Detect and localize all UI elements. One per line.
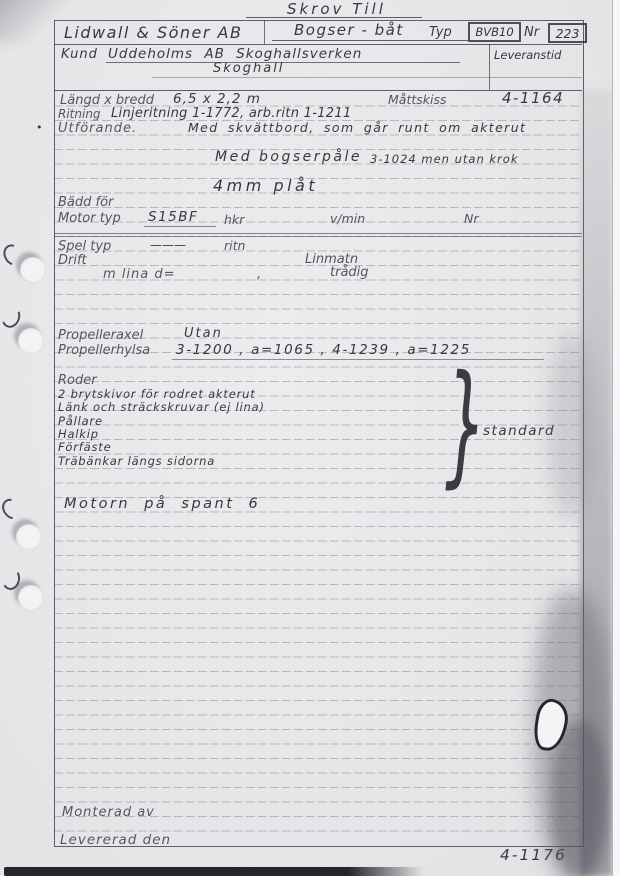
company-name: Lidwall & Söner AB <box>64 24 242 42</box>
section-double-line-top <box>54 233 582 234</box>
equipment-line: Halkip <box>58 428 99 441</box>
smudge-right-band <box>580 90 612 876</box>
form-title: Skrov Till <box>287 1 386 18</box>
nr-label: Nr <box>524 26 539 40</box>
delivery-cell-divider <box>489 44 490 90</box>
standard-brace: } <box>445 373 487 475</box>
customer-label: Kund <box>61 48 98 62</box>
engine-frame-note: Motorn på spant 6 <box>64 497 260 513</box>
prop-sleeve-underline <box>172 359 544 360</box>
punch-hole <box>18 328 44 354</box>
prop-shaft-value: Utan <box>184 327 223 341</box>
nr-value-box: 223 <box>548 23 587 43</box>
line-length-label: m lina d= <box>103 268 176 282</box>
mounted-by-label: Monterad av <box>62 806 155 820</box>
city-underline <box>152 77 582 78</box>
header-row1-divider <box>54 44 582 45</box>
equipment-line: Pållare <box>58 415 103 428</box>
typ-label: Typ <box>429 26 452 40</box>
motor-type-value: S15BF <box>148 210 198 225</box>
motor-nr-label: Nr <box>464 212 479 226</box>
line-comma: , <box>257 268 261 282</box>
execution-note-2: Med bogserpåle <box>215 150 362 165</box>
execution-label: Utförande. <box>58 122 137 136</box>
prop-sleeve-value: 3-1200 , a=1065 , 4-1239 , a=1225 <box>176 343 471 358</box>
scan-edge-bottom-band <box>4 867 424 876</box>
typ-value-box: BVB10 <box>468 22 521 42</box>
equipment-line: Träbänkar längs sidorna <box>58 455 215 468</box>
bed-label: Bädd för <box>58 196 113 210</box>
punch-hole <box>18 585 44 611</box>
delivery-label: Leveranstid <box>494 49 561 62</box>
prop-shaft-label: Propelleraxel <box>58 329 143 343</box>
drive-label: Drift <box>58 254 87 268</box>
pen-scribble <box>0 304 23 331</box>
product-type: Bogser - båt <box>294 22 404 39</box>
measure-sketch-label: Måttskiss <box>388 93 447 107</box>
stranded-label: trådig <box>330 266 369 280</box>
motor-type-label: Motor typ <box>58 212 121 226</box>
execution-note-1: Med skvättbord, som går runt om akterut <box>188 121 526 135</box>
punch-hole <box>20 257 46 283</box>
drawing-label: Ritning <box>58 108 101 121</box>
prop-sleeve-label: Propellerhylsa <box>58 344 150 358</box>
punch-hole <box>16 524 42 550</box>
bullet-mark: • <box>36 122 43 134</box>
ruled-lines <box>54 92 582 845</box>
dimensions-value: 6,5 x 2,2 m <box>173 92 261 107</box>
execution-note-2b: 3-1024 men utan krok <box>370 153 518 166</box>
delivered-label: Levererad den <box>60 833 171 848</box>
scanned-form-page: Skrov Till Lidwall & Söner AB Bogser - b… <box>0 0 620 876</box>
winch-ritn-label: ritn <box>224 239 245 253</box>
equipment-line: Länk och sträckskruvar (ej lina) <box>58 401 265 414</box>
company-cell-divider <box>264 20 265 44</box>
pen-scribble <box>0 495 26 523</box>
section-double-line-bottom <box>54 236 582 237</box>
equipment-line: 2 brytskivor för rodret akterut <box>58 388 256 401</box>
motor-value-underline <box>144 226 216 227</box>
title-underline <box>246 17 422 18</box>
hp-label: hkr <box>224 213 244 227</box>
scan-edge-right <box>612 0 620 876</box>
winch-dash: ——— <box>150 239 186 252</box>
measure-sketch-number: 4-1164 <box>502 90 564 107</box>
pen-scribble <box>0 567 22 592</box>
customer-value: Uddeholms AB Skoghallsverken <box>108 47 362 62</box>
customer-city: Skoghall <box>213 62 284 76</box>
standard-note: standard <box>483 424 555 439</box>
equipment-line: Förfäste <box>58 441 111 454</box>
footer-drawing-number: 4-1176 <box>500 847 567 864</box>
plate-note: 4mm plåt <box>213 177 318 195</box>
rpm-label: v/min <box>330 212 365 226</box>
